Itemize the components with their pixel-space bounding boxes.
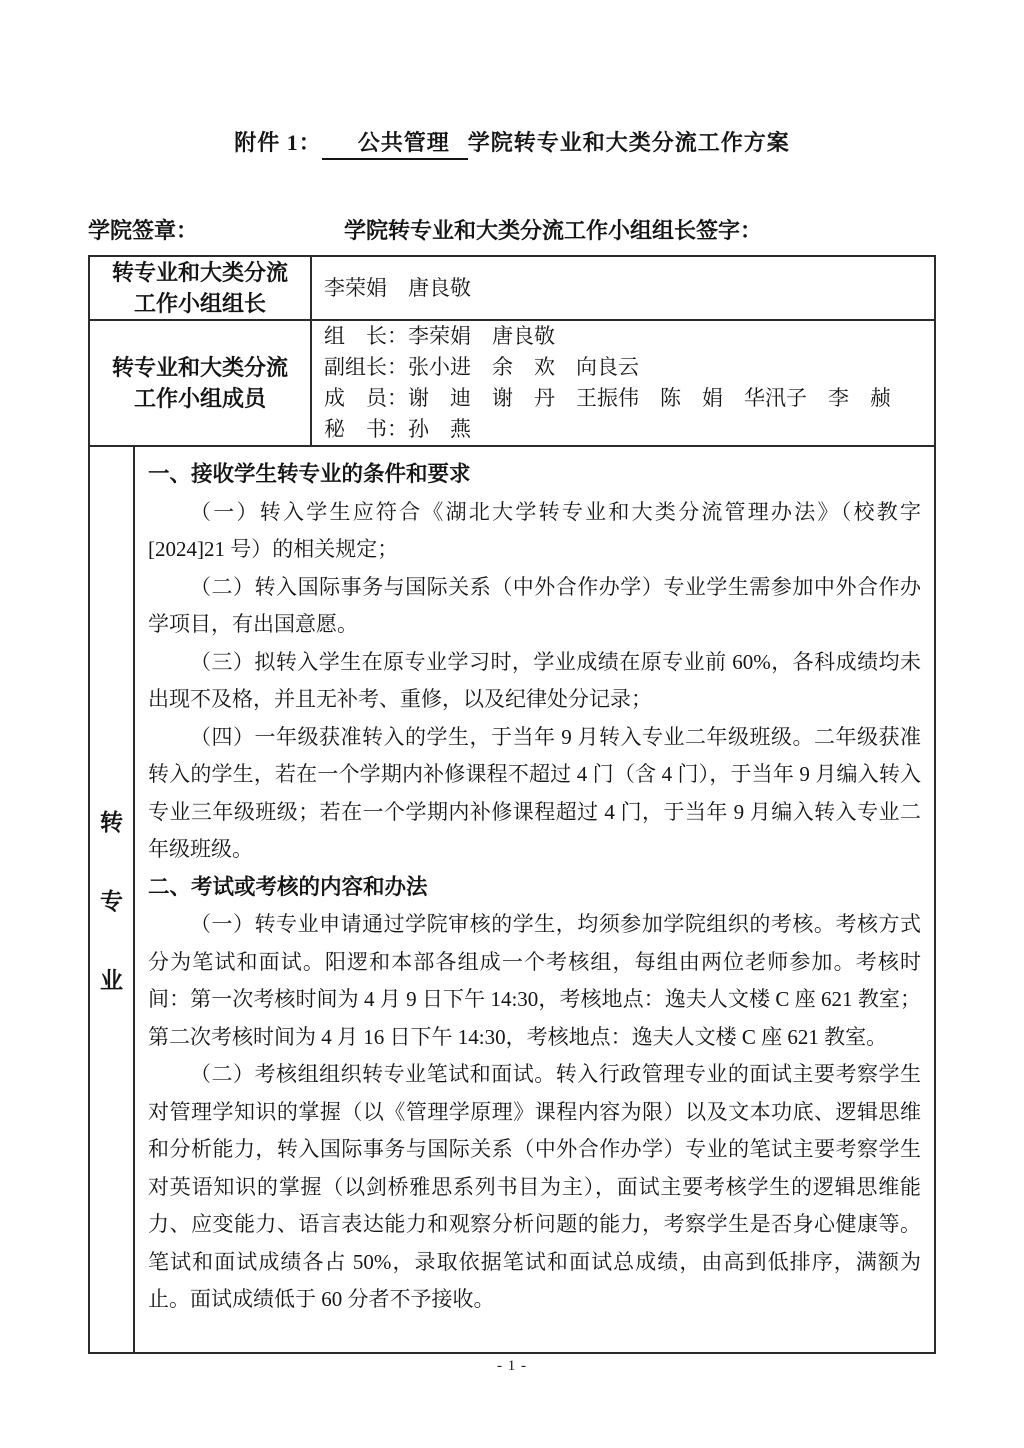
members-line-leader: 组 长：李荣娟 唐良敬 [324,321,924,352]
members-line-secretary: 秘 书：孙 燕 [324,414,924,445]
document-title: 附件 1：公共管理学院转专业和大类分流工作方案 [0,126,1024,160]
members-label-line1: 转专业和大类分流 [112,352,288,383]
title-college-name-blank: 公共管理 [322,126,468,160]
signature-line: 学院签章：学院转专业和大类分流工作小组组长签字： [88,214,762,245]
page-number: - 1 - [0,1358,1024,1375]
college-seal-label: 学院签章： [88,218,198,243]
side-label-char-3: 业 [100,962,123,995]
leader-row-label-cell: 转专业和大类分流 工作小组组长 [90,257,312,319]
section1-paragraph-3: （三）拟转入学生在原专业学习时，学业成绩在原专业前 60%，各科成绩均未出现不及… [148,644,921,719]
document-page: 附件 1：公共管理学院转专业和大类分流工作方案 学院签章：学院转专业和大类分流工… [0,0,1024,1448]
title-suffix: 学院转专业和大类分流工作方案 [468,130,790,155]
work-plan-table: 转专业和大类分流 工作小组组长 李荣娟 唐良敬 转专业和大类分流 工作小组成员 … [88,255,936,1354]
section2-paragraph-2: （二）考核组组织转专业笔试和面试。转入行政管理专业的面试主要考察学生对管理学知识… [148,1056,921,1319]
members-line-deputy: 副组长：张小进 余 欢 向良云 [324,352,924,383]
leader-label-line1: 转专业和大类分流 [112,257,288,288]
side-label-char-1: 转 [100,804,123,837]
table-row-content: 转 专 业 一、接收学生转专业的条件和要求 （一）转入学生应符合《湖北大学转专业… [90,447,934,1352]
table-row-leader: 转专业和大类分流 工作小组组长 李荣娟 唐良敬 [90,257,934,321]
title-attachment-prefix: 附件 1： [234,130,322,155]
section2-paragraph-1: （一）转专业申请通过学院审核的学生，均须参加学院组织的考核。考核方式分为笔试和面… [148,906,921,1056]
members-line-members: 成 员：谢 迪 谢 丹 王振伟 陈 娟 华汛子 李 赪 [324,383,924,414]
section2-heading: 二、考试或考核的内容和办法 [148,869,921,907]
section1-heading: 一、接收学生转专业的条件和要求 [148,456,921,494]
leader-label-line2: 工作小组组长 [134,288,266,319]
side-label-transfer-major: 转 专 业 [90,447,135,1352]
members-row-label-cell: 转专业和大类分流 工作小组成员 [90,321,312,445]
leader-signature-label: 学院转专业和大类分流工作小组组长签字： [344,218,762,243]
section1-paragraph-2: （二）转入国际事务与国际关系（中外合作办学）专业学生需参加中外合作办学项目，有出… [148,569,921,644]
content-cell: 一、接收学生转专业的条件和要求 （一）转入学生应符合《湖北大学转专业和大类分流管… [135,447,934,1352]
section1-paragraph-1: （一）转入学生应符合《湖北大学转专业和大类分流管理办法》（校教字[2024]21… [148,494,921,569]
table-row-members: 转专业和大类分流 工作小组成员 组 长：李荣娟 唐良敬 副组长：张小进 余 欢 … [90,321,934,447]
section1-paragraph-4: （四）一年级获准转入的学生，于当年 9 月转入专业二年级班级。二年级获准转入的学… [148,719,921,869]
members-row-value-cell: 组 长：李荣娟 唐良敬 副组长：张小进 余 欢 向良云 成 员：谢 迪 谢 丹 … [312,321,934,445]
side-label-char-2: 专 [100,883,123,916]
members-label-line2: 工作小组成员 [134,383,266,414]
leader-names: 李荣娟 唐良敬 [324,273,924,304]
leader-row-value-cell: 李荣娟 唐良敬 [312,257,934,319]
